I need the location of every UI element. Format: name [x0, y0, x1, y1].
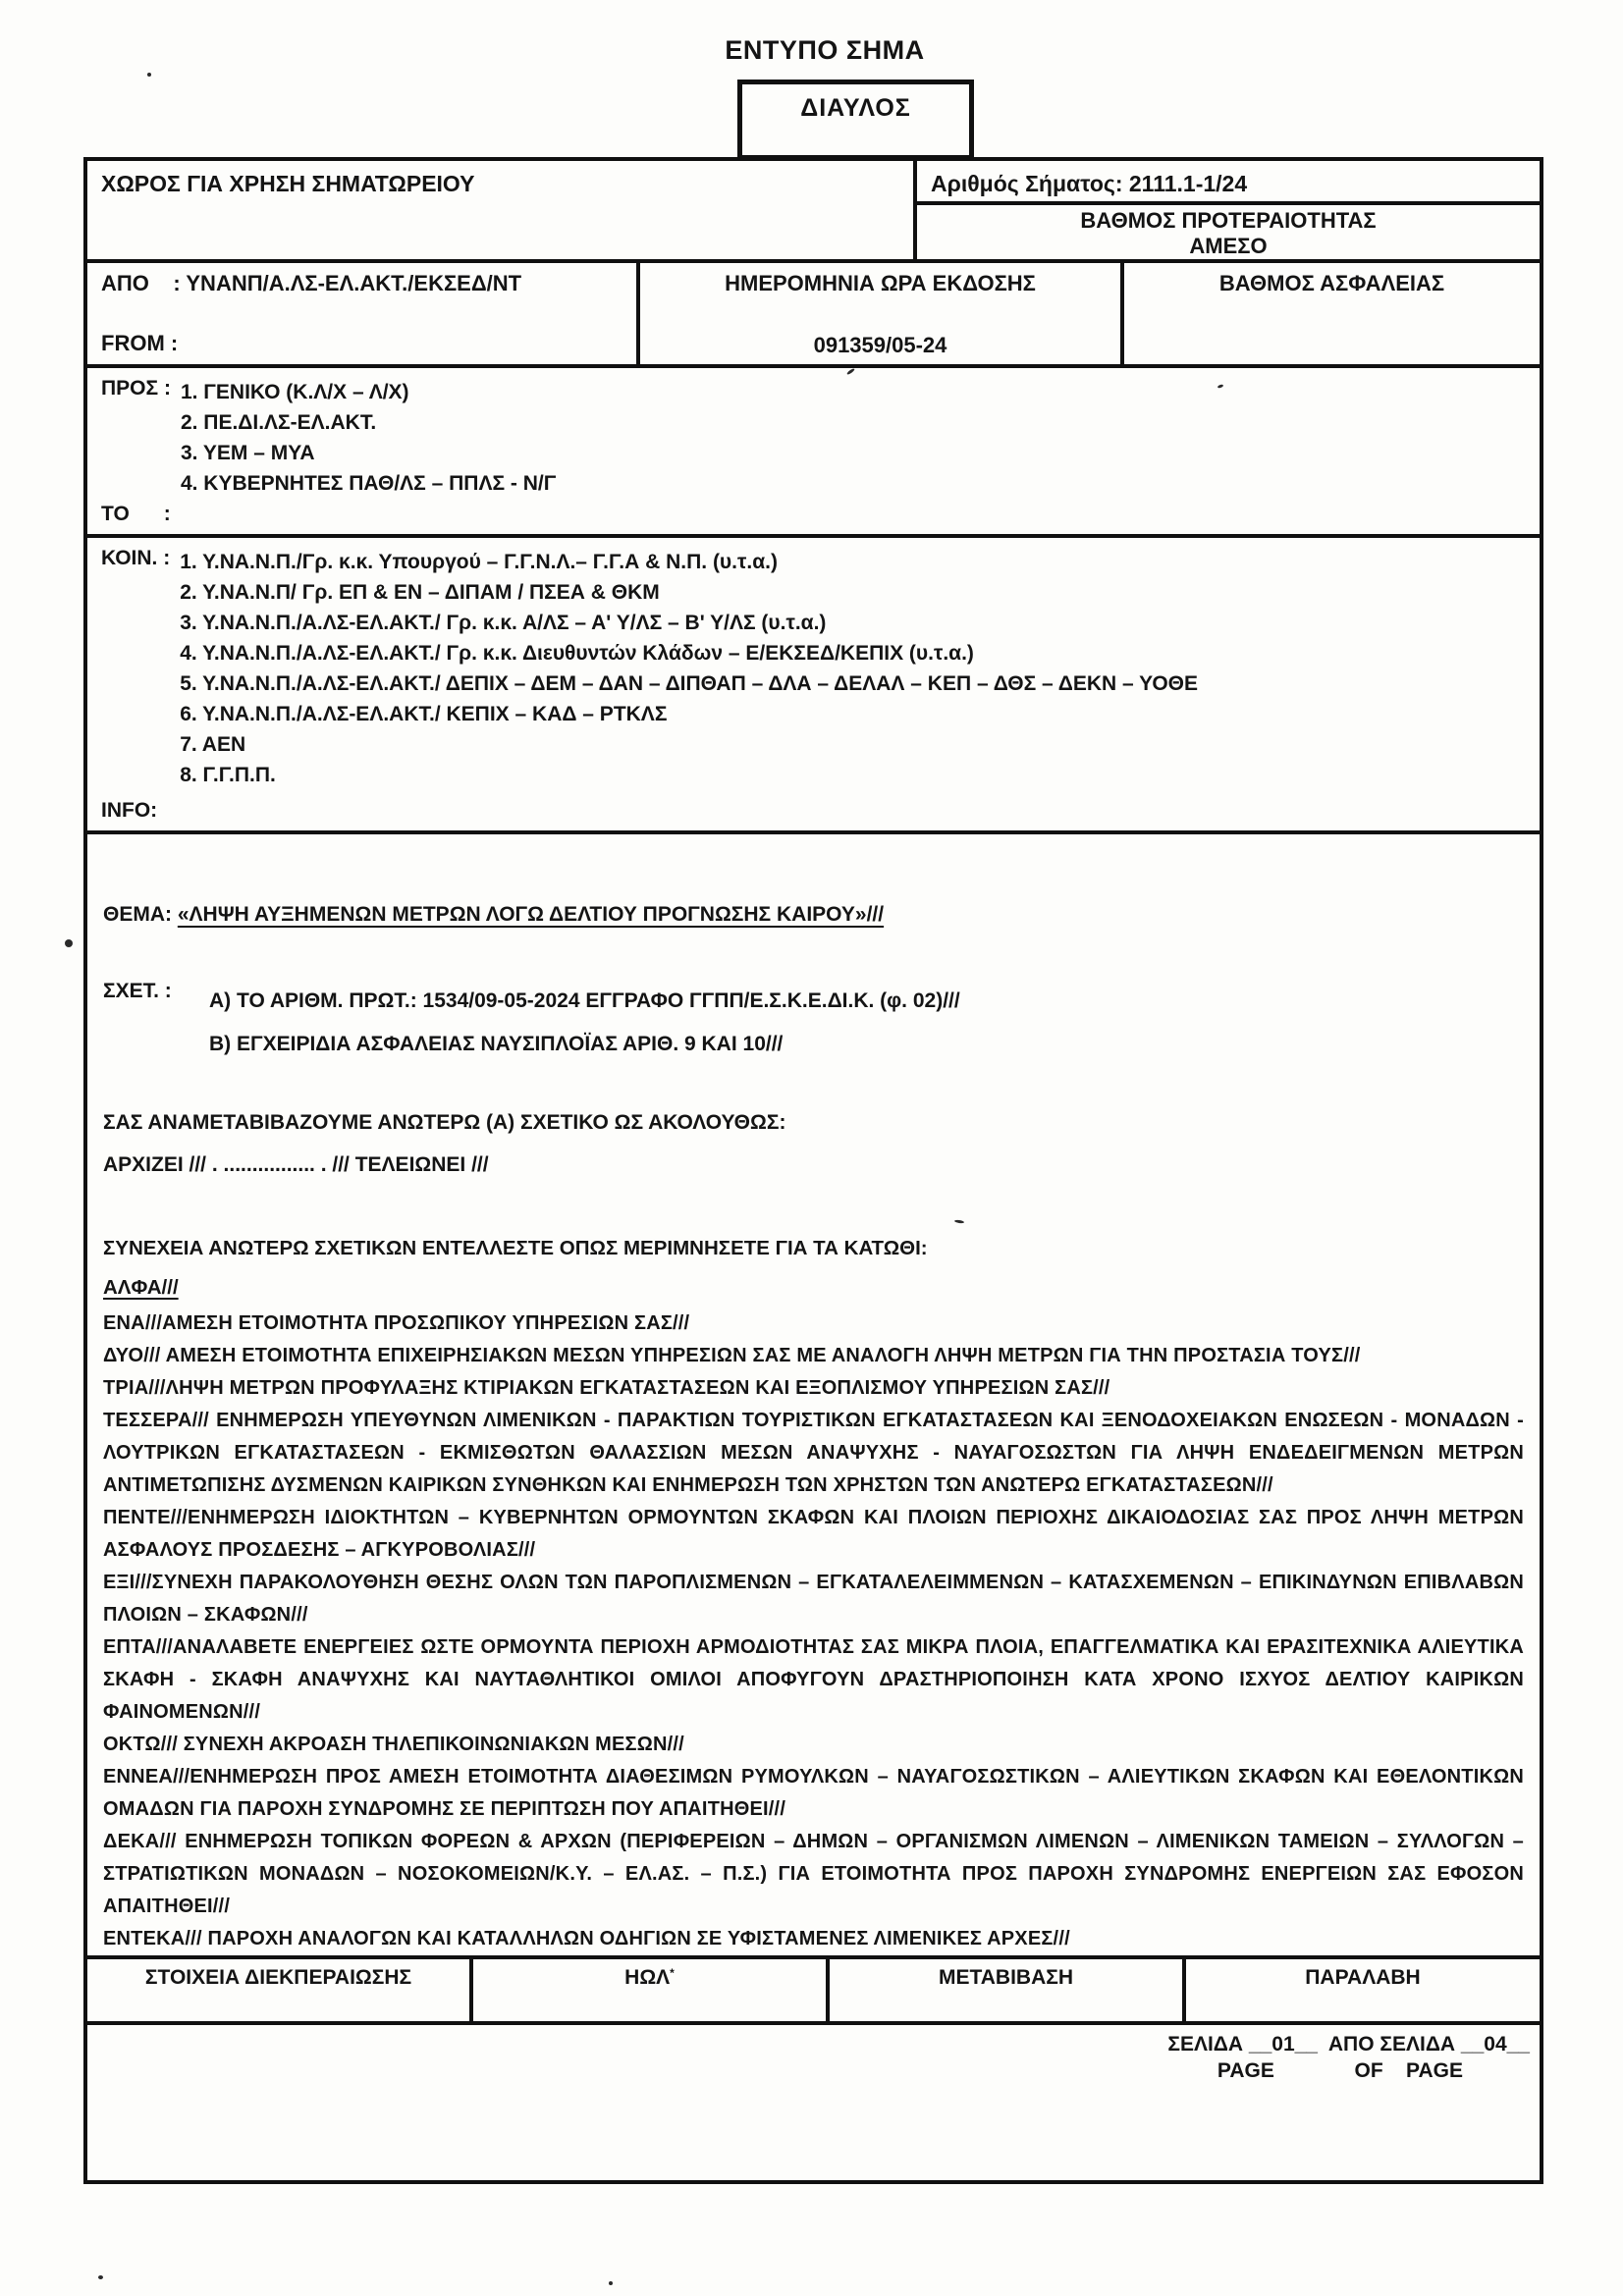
reference-block: ΣΧΕΤ. : Α) ΤΟ ΑΡΙΘΜ. ΠΡΩΤ.: 1534/09-05-2… [103, 980, 1524, 1066]
koin-item: 2. Υ.ΝΑ.Ν.Π/ Γρ. ΕΠ & ΕΝ – ΔΙΠΑΜ / ΠΣΕΑ … [180, 577, 1198, 608]
datetime-value: 091359/05-24 [640, 333, 1120, 358]
body-paragraph-tessera: ΤΕΣΣΕΡΑ/// ΕΝΗΜΕΡΩΣΗ ΥΠΕΥΘΥΝΩΝ ΛΙΜΕΝΙΚΩΝ… [103, 1405, 1524, 1502]
subject-line: ΘΕΜΑ: «ΛΗΨΗ ΑΥΞΗΜΕΝΩΝ ΜΕΤΡΩΝ ΛΟΓΩ ΔΕΛΤΙΟ… [103, 903, 1524, 927]
ref-item: Α) ΤΟ ΑΡΙΘΜ. ΠΡΩΤ.: 1534/09-05-2024 ΕΓΓΡ… [209, 980, 960, 1023]
koin-item: 4. Υ.ΝΑ.Ν.Π./Α.ΛΣ-ΕΛ.ΑΚΤ./ Γρ. κ.κ. Διευ… [180, 638, 1198, 668]
relay-block: ΣΑΣ ΑΝΑΜΕΤΑΒΙΒΑΖΟΥΜΕ ΑΝΩΤΕΡΩ (Α) ΣΧΕΤΙΚΟ… [103, 1101, 1524, 1186]
page-numbers: ΣΕΛΙΔΑ __01__ ΑΠΟ ΣΕΛΙΔΑ __04__ PAGE OF … [980, 2031, 1530, 2084]
scan-artifact [98, 2275, 103, 2279]
koin-block: ΚΟΙΝ. : 1. Υ.ΝΑ.Ν.Π./Γρ. κ.κ. Υπουργού –… [87, 538, 1540, 790]
body-paragraph-pente: ΠΕΝΤΕ///ΕΝΗΜΕΡΩΣΗ ΙΔΙΟΚΤΗΤΩΝ – ΚΥΒΕΡΝΗΤΩ… [103, 1502, 1524, 1567]
alpha-heading: ΑΛΦΑ/// [103, 1268, 1524, 1308]
ref-items: Α) ΤΟ ΑΡΙΘΜ. ΠΡΩΤ.: 1534/09-05-2024 ΕΓΓΡ… [209, 980, 960, 1066]
begins-line: ΑΡΧΙΖΕΙ /// . ................ . /// ΤΕΛ… [103, 1144, 1524, 1186]
koin-item: 1. Υ.ΝΑ.Ν.Π./Γρ. κ.κ. Υπουργού – Γ.Γ.Ν.Λ… [180, 547, 1198, 577]
from-label-en: FROM : [101, 331, 622, 356]
form-title: ΕΝΤΥΠΟ ΣΗΜΑ [687, 35, 962, 66]
security-cell: ΒΑΘΜΟΣ ΑΣΦΑΛΕΙΑΣ [1124, 263, 1540, 364]
body-paragraph-tria: ΤΡΙΑ///ΛΗΨΗ ΜΕΤΡΩΝ ΠΡΟΦΥΛΑΞΗΣ ΚΤΙΡΙΑΚΩΝ … [103, 1372, 1524, 1405]
body-paragraph-okto: ΟΚΤΩ/// ΣΥΝΕΧΗ ΑΚΡΟΑΣΗ ΤΗΛΕΠΙΚΟΙΝΩΝΙΑΚΩΝ… [103, 1729, 1524, 1761]
to-item: 1. ΓΕΝΙΚΟ (Κ.Λ/Χ – Λ/Χ) [181, 377, 556, 407]
page-line-el: ΣΕΛΙΔΑ __01__ ΑΠΟ ΣΕΛΙΔΑ __04__ [980, 2031, 1530, 2057]
signal-form-table: ΧΩΡΟΣ ΓΙΑ ΧΡΗΣΗ ΣΗΜΑΤΩΡΕΙΟΥ Αριθμός Σήμα… [83, 157, 1543, 2184]
body-paragraph-deka: ΔΕΚΑ/// ΕΝΗΜΕΡΩΣΗ ΤΟΠΙΚΩΝ ΦΟΡΕΩΝ & ΑΡΧΩΝ… [103, 1826, 1524, 1923]
to-item: 3. ΥΕΜ – ΜΥΑ [181, 438, 556, 468]
security-label: ΒΑΘΜΟΣ ΑΣΦΑΛΕΙΑΣ [1124, 271, 1540, 296]
koin-item: 5. Υ.ΝΑ.Ν.Π./Α.ΛΣ-ΕΛ.ΑΚΤ./ ΔΕΠΙΧ – ΔΕΜ –… [180, 668, 1198, 699]
koin-item: 3. Υ.ΝΑ.Ν.Π./Α.ΛΣ-ΕΛ.ΑΚΤ./ Γρ. κ.κ. Α/ΛΣ… [180, 608, 1198, 638]
datetime-label: ΗΜΕΡΟΜΗΝΙΑ ΩΡΑ ΕΚΔΟΣΗΣ [640, 271, 1120, 296]
to-item: 2. ΠΕ.ΔΙ.ΛΣ-ΕΛ.ΑΚΤ. [181, 407, 556, 438]
priority-cell: ΒΑΘΜΟΣ ΠΡΟΤΕΡΑΙΟΤΗΤΑΣ ΑΜΕΣΟ [917, 205, 1540, 259]
ref-label: ΣΧΕΤ. : [103, 980, 209, 1066]
signal-form-page: ΕΝΤΥΠΟ ΣΗΜΑ ΔΙΑΥΛΟΣ ΧΩΡΟΣ ΓΙΑ ΧΡΗΣΗ ΣΗΜΑ… [0, 0, 1623, 2296]
subject-text: «ΛΗΨΗ ΑΥΞΗΜΕΝΩΝ ΜΕΤΡΩΝ ΛΟΓΩ ΔΕΛΤΙΟΥ ΠΡΟΓ… [178, 903, 884, 926]
body-paragraph-ena: ΕΝΑ///ΑΜΕΣΗ ΕΤΟΙΜΟΤΗΤΑ ΠΡΟΣΩΠΙΚΟΥ ΥΠΗΡΕΣ… [103, 1308, 1524, 1340]
signal-station-cell: ΧΩΡΟΣ ΓΙΑ ΧΡΗΣΗ ΣΗΜΑΤΩΡΕΙΟΥ [87, 161, 917, 259]
to-item: 4. ΚΥΒΕΡΝΗΤΕΣ ΠΑΘ/ΛΣ – ΠΠΛΣ - Ν/Γ [181, 468, 556, 499]
body-paragraph-ennea: ΕΝΝΕΑ///ΕΝΗΜΕΡΩΣΗ ΠΡΟΣ ΑΜΕΣΗ ΕΤΟΙΜΟΤΗΤΑ … [103, 1761, 1524, 1826]
ref-item: Β) ΕΓΧΕΙΡΙΔΙΑ ΑΣΦΑΛΕΙΑΣ ΝΑΥΣΙΠΛΟΪΑΣ ΑΡΙΘ… [209, 1023, 960, 1066]
channel-label: ΔΙΑΥΛΟΣ [800, 94, 911, 122]
to-label-el: ΠΡΟΣ : [101, 377, 171, 499]
to-row: ΠΡΟΣ : 1. ΓΕΝΙΚΟ (Κ.Λ/Χ – Λ/Χ) 2. ΠΕ.ΔΙ.… [87, 368, 1540, 538]
page-number-row: ΣΕΛΙΔΑ __01__ ΑΠΟ ΣΕΛΙΔΑ __04__ PAGE OF … [87, 2025, 1540, 2180]
header-row: ΧΩΡΟΣ ΓΙΑ ΧΡΗΣΗ ΣΗΜΑΤΩΡΕΙΟΥ Αριθμός Σήμα… [87, 161, 1540, 263]
body-paragraph-epta: ΕΠΤΑ///ΑΝΑΛΑΒΕΤΕ ΕΝΕΡΓΕΙΕΣ ΩΣΤΕ ΟΡΜΟΥΝΤΑ… [103, 1631, 1524, 1729]
scan-artifact [147, 73, 151, 77]
to-block: ΠΡΟΣ : 1. ΓΕΝΙΚΟ (Κ.Λ/Χ – Λ/Χ) 2. ΠΕ.ΔΙ.… [87, 368, 1540, 499]
dispatch-receive-header: ΠΑΡΑΛΑΒΗ [1186, 1959, 1540, 2021]
channel-box: ΔΙΑΥΛΟΣ [737, 80, 974, 160]
info-row: ΚΟΙΝ. : 1. Υ.ΝΑ.Ν.Π./Γρ. κ.κ. Υπουργού –… [87, 538, 1540, 834]
scan-artifact [609, 2281, 613, 2285]
priority-label: ΒΑΘΜΟΣ ΠΡΟΤΕΡΑΙΟΤΗΤΑΣ [917, 208, 1540, 234]
signal-number-value: 2111.1-1/24 [1129, 171, 1247, 196]
to-items: 1. ΓΕΝΙΚΟ (Κ.Λ/Χ – Λ/Χ) 2. ΠΕ.ΔΙ.ΛΣ-ΕΛ.Α… [181, 377, 556, 499]
dispatch-row: ΣΤΟΙΧΕΙΑ ΔΙΕΚΠΕΡΑΙΩΣΗΣ ΗΩΛ* ΜΕΤΑΒΙΒΑΣΗ Π… [87, 1959, 1540, 2025]
hol-asterisk: * [670, 1966, 675, 1980]
to-label-en: TO : [101, 503, 171, 526]
koin-label-el: ΚΟΙΝ. : [101, 547, 170, 790]
message-body: ΘΕΜΑ: «ΛΗΨΗ ΑΥΞΗΜΕΝΩΝ ΜΕΤΡΩΝ ΛΟΓΩ ΔΕΛΤΙΟ… [87, 834, 1540, 1959]
signal-number-priority-block: Αριθμός Σήματος: 2111.1-1/24 ΒΑΘΜΟΣ ΠΡΟΤ… [917, 161, 1540, 259]
body-paragraph-enteka: ΕΝΤΕΚΑ/// ΠΑΡΟΧΗ ΑΝΑΛΟΓΩΝ ΚΑΙ ΚΑΤΑΛΛΗΛΩΝ… [103, 1923, 1524, 1955]
continue-line: ΣΥΝΕΧΕΙΑ ΑΝΩΤΕΡΩ ΣΧΕΤΙΚΩΝ ΕΝΤΕΛΛΕΣΤΕ ΟΠΩ… [103, 1229, 1524, 1268]
koin-item: 6. Υ.ΝΑ.Ν.Π./Α.ΛΣ-ΕΛ.ΑΚΤ./ ΚΕΠΙΧ – ΚΑΔ –… [180, 699, 1198, 729]
priority-value: ΑΜΕΣΟ [917, 234, 1540, 259]
dispatch-transmit-header: ΜΕΤΑΒΙΒΑΣΗ [830, 1959, 1186, 2021]
from-line: ΑΠΟ : ΥΝΑΝΠ/Α.ΛΣ-ΕΛ.ΑΚΤ./ΕΚΣΕΔ/ΝΤ [101, 271, 622, 296]
dispatch-hol-header: ΗΩΛ* [473, 1959, 830, 2021]
subject-label: ΘΕΜΑ: [103, 903, 172, 926]
koin-item: 8. Γ.Γ.Π.Π. [180, 760, 1198, 790]
signal-number-cell: Αριθμός Σήματος: 2111.1-1/24 [917, 161, 1540, 205]
from-cell: ΑΠΟ : ΥΝΑΝΠ/Α.ΛΣ-ΕΛ.ΑΚΤ./ΕΚΣΕΔ/ΝΤ FROM : [87, 263, 640, 364]
signal-number-label: Αριθμός Σήματος: [931, 171, 1123, 196]
koin-item: 7. ΑΕΝ [180, 729, 1198, 760]
page-line-en: PAGE OF PAGE [980, 2057, 1530, 2084]
info-label-en: INFO: [101, 799, 157, 823]
relay-line: ΣΑΣ ΑΝΑΜΕΤΑΒΙΒΑΖΟΥΜΕ ΑΝΩΤΕΡΩ (Α) ΣΧΕΤΙΚΟ… [103, 1101, 1524, 1144]
dispatch-details-header: ΣΤΟΙΧΕΙΑ ΔΙΕΚΠΕΡΑΙΩΣΗΣ [87, 1959, 473, 2021]
koin-items: 1. Υ.ΝΑ.Ν.Π./Γρ. κ.κ. Υπουργού – Γ.Γ.Ν.Λ… [180, 547, 1198, 790]
datetime-cell: ΗΜΕΡΟΜΗΝΙΑ ΩΡΑ ΕΚΔΟΣΗΣ 091359/05-24 [640, 263, 1124, 364]
scan-artifact [65, 939, 73, 947]
body-paragraph-dyo: ΔΥΟ/// ΑΜΕΣΗ ΕΤΟΙΜΟΤΗΤΑ ΕΠΙΧΕΙΡΗΣΙΑΚΩΝ Μ… [103, 1340, 1524, 1372]
body-paragraph-exi: ΕΞΙ///ΣΥΝΕΧΗ ΠΑΡΑΚΟΛΟΥΘΗΣΗ ΘΕΣΗΣ ΟΛΩΝ ΤΩ… [103, 1567, 1524, 1631]
from-row: ΑΠΟ : ΥΝΑΝΠ/Α.ΛΣ-ΕΛ.ΑΚΤ./ΕΚΣΕΔ/ΝΤ FROM :… [87, 263, 1540, 368]
